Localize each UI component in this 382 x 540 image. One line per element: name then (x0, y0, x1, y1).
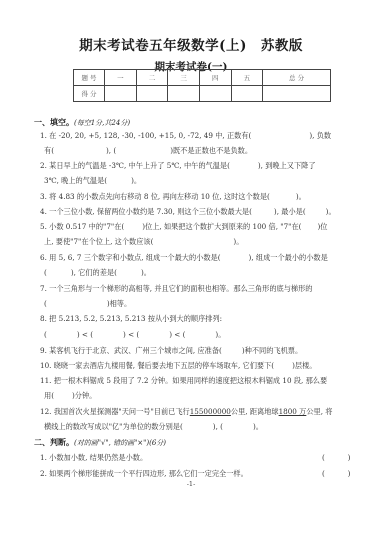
q1-text-4: ), ( (106, 146, 116, 155)
score-table-header-row: 题 号 一 二 三 四 五 总 分 (74, 70, 331, 86)
q9-text-2: )种不同的飞机票。 (242, 346, 302, 355)
col-4: 四 (199, 70, 231, 86)
col-3: 三 (168, 70, 200, 86)
judge-item-1-answer[interactable]: ( ) (322, 453, 350, 462)
q7-text: 7. 一个三角形与一个梯形的高相等, 并且它们的面积也相等。那么三角形的底与梯形… (40, 284, 312, 293)
question-7-line-2: ()相等。 (44, 299, 131, 309)
q8-text: 8. 把 5.213, 5.2, 5.213, 5.213 按从小到大的顺序排列… (40, 314, 222, 323)
section-1-title: 一、填空。 (34, 117, 74, 127)
exam-title: 期末考试卷五年级数学(上)苏教版 (0, 34, 382, 54)
section-2-note: (对的画"√", 错的画"×")(6分) (74, 439, 166, 447)
publisher-label: 苏教版 (261, 38, 303, 54)
q6-text-2: ), 组成一个最小的小数是 (249, 253, 328, 262)
q7-text-3: )相等。 (107, 299, 131, 308)
question-6-line-2: (), 它们的差是()。 (44, 268, 151, 278)
q12-text: 12. 我国首次火星探测器"天问一号"目前已飞行 (40, 407, 190, 416)
q2-text-4: )。 (131, 176, 141, 185)
q6-text-5: )。 (141, 268, 151, 277)
q12-text-6: )。 (253, 422, 263, 431)
q1-text: 1. 在 -20, 20, +5, 128, -30, -100, +15, 0… (40, 131, 251, 140)
question-7-line-1: 7. 一个三角形与一个梯形的高相等, 并且它们的面积也相等。那么三角形的底与梯形… (40, 284, 312, 294)
question-2-line-2: 3℃, 晚上的气温是()。 (44, 176, 141, 186)
judge-item-1: 1. 小数加小数, 结果仍然是小数。 (40, 453, 147, 463)
q12-text-4: 横线上的数改写成以"亿"为单位的数分别是( (44, 422, 183, 431)
q9-text: 9. 某客机飞行于北京、武汉、广州三个城市之间, 应准备( (40, 346, 222, 355)
question-4: 4. 一个三位小数, 保留两位小数约是 7.30, 则这个三位小数最大是(), … (40, 207, 336, 217)
question-1-line-2: 有(), ()既不是正数也不是负数。 (44, 146, 252, 156)
question-10: 10. 晓晓一家去酒店九楼用餐, 餐后要去地下五层的停车场取车, 它们要下()层… (40, 361, 316, 371)
q3-text-end: )。 (296, 192, 306, 201)
page-number: -1- (0, 480, 382, 488)
question-6-line-1: 6. 用 5, 6, 7 三个数字和小数点, 组成一个最大的小数是(), 组成一… (40, 253, 328, 263)
q4-text: 4. 一个三位小数, 保留两位小数约是 7.30, 则这个三位小数最大是( (40, 207, 252, 216)
col-total: 总 分 (263, 70, 331, 86)
question-12-line-1: 12. 我国首次火星探测器"天问一号"目前已飞行155000000公里, 距离地… (40, 407, 332, 417)
q10-text: 10. 晓晓一家去酒店九楼用餐, 餐后要去地下五层的停车场取车, 它们要下( (40, 361, 274, 370)
question-3: 3. 将 4.83 的小数点先向右移动 8 位, 再向左移动 10 位, 这时这… (40, 192, 306, 202)
col-5: 五 (231, 70, 263, 86)
title-text: 期末考试卷五年级数学(上) (79, 38, 247, 54)
q5-text-5: )。 (233, 237, 243, 246)
q11-text: 11. 把一根木料锯成 5 段用了 7.2 分钟。如果用同样的速度把这根木料锯成… (40, 376, 327, 385)
q12-text-2: 公里, 距离地球 (231, 407, 279, 416)
score-cell-2[interactable] (136, 86, 168, 102)
q1-text-5: )既不是正数也不是负数。 (170, 146, 252, 155)
row-label-score: 得 分 (74, 86, 105, 102)
question-9: 9. 某客机飞行于北京、武汉、广州三个城市之间, 应准备()种不同的飞机票。 (40, 346, 302, 356)
q6-text-3: ( (44, 268, 47, 277)
section-2-title: 二、判断。 (34, 437, 74, 447)
judge-item-2: 2. 如果两个梯形能拼成一个平行四边形, 那么它们一定完全一样。 (40, 469, 248, 479)
q6-text: 6. 用 5, 6, 7 三个数字和小数点, 组成一个最大的小数是( (40, 253, 221, 262)
q5-text-4: 上, 要使"7"在个位上, 这个数应该( (44, 237, 153, 246)
score-cell-5[interactable] (231, 86, 263, 102)
q6-text-4: ), 它们的差是( (71, 268, 117, 277)
q12-underlined-number-2: 1800 万 (279, 407, 307, 416)
q5-text-2: )位上, 如果把这个数扩大到原来的 100 倍, "7"在( (142, 222, 301, 231)
q1-text-2: ), 负数 (309, 131, 331, 140)
question-8-line-2: () < () < () < ()。 (44, 330, 225, 340)
q5-text-3: )位 (317, 222, 327, 231)
col-2: 二 (136, 70, 168, 86)
q2-text-3: 3℃, 晚上的气温是( (44, 176, 107, 185)
judge-item-2-text: 2. 如果两个梯形能拼成一个平行四边形, 那么它们一定完全一样。 (40, 469, 248, 478)
col-1: 一 (105, 70, 137, 86)
score-table-score-row: 得 分 (74, 86, 331, 102)
question-5-line-2: 上, 要使"7"在个位上, 这个数应该()。 (44, 237, 243, 247)
question-8-line-1: 8. 把 5.213, 5.2, 5.213, 5.213 按从小到大的顺序排列… (40, 314, 222, 324)
section-2-heading: 二、判断。(对的画"√", 错的画"×")(6分) (34, 437, 166, 448)
section-1-heading: 一、填空。(每空1分,共24分) (34, 117, 130, 128)
q4-text-3: )。 (326, 207, 336, 216)
score-cell-3[interactable] (168, 86, 200, 102)
q12-underlined-number-1: 155000000 (190, 407, 231, 416)
q7-text-2: ( (44, 299, 47, 308)
q10-text-2: )层楼。 (292, 361, 316, 370)
q2-text-2: ), 到晚上又下降了 (258, 161, 316, 170)
row-label-question-no: 题 号 (74, 70, 105, 86)
q5-text: 5. 小数 0.517 中的"7"在( (40, 222, 124, 231)
question-11-line-2: 用()分钟。 (44, 391, 96, 401)
q1-text-3: 有( (44, 146, 54, 155)
question-2-line-1: 2. 某日早上的气温是 -3℃, 中午上升了 5℃, 中午的气温是(), 到晚上… (40, 161, 316, 171)
q12-text-3: 公里, 将 (306, 407, 332, 416)
q11-text-3: )分钟。 (72, 391, 96, 400)
question-12-line-2: 横线上的数改写成以"亿"为单位的数分别是(), ()。 (44, 422, 263, 432)
section-1-note: (每空1分,共24分) (74, 119, 130, 127)
q8-lt-2: ) < ( (123, 330, 139, 339)
question-1-line-1: 1. 在 -20, 20, +5, 128, -30, -100, +15, 0… (40, 131, 331, 141)
score-cell-total[interactable] (263, 86, 331, 102)
judge-item-1-text: 1. 小数加小数, 结果仍然是小数。 (40, 453, 147, 462)
score-table: 题 号 一 二 三 四 五 总 分 得 分 (73, 69, 331, 102)
score-cell-1[interactable] (105, 86, 137, 102)
q8-paren: ( (44, 330, 47, 339)
q8-end: )。 (215, 330, 225, 339)
question-11-line-1: 11. 把一根木料锯成 5 段用了 7.2 分钟。如果用同样的速度把这根木料锯成… (40, 376, 327, 386)
q8-lt-1: ) < ( (77, 330, 93, 339)
q12-text-5: ), ( (213, 422, 223, 431)
q8-lt-3: ) < ( (169, 330, 185, 339)
q2-text: 2. 某日早上的气温是 -3℃, 中午上升了 5℃, 中午的气温是( (40, 161, 230, 170)
q11-text-2: 用( (44, 391, 54, 400)
judge-item-2-answer[interactable]: ( ) (322, 469, 350, 478)
q3-text: 3. 将 4.83 的小数点先向右移动 8 位, 再向左移动 10 位, 这时这… (40, 192, 270, 201)
q4-text-2: ), 最小是( (274, 207, 306, 216)
score-cell-4[interactable] (199, 86, 231, 102)
question-5-line-1: 5. 小数 0.517 中的"7"在()位上, 如果把这个数扩大到原来的 100… (40, 222, 327, 232)
